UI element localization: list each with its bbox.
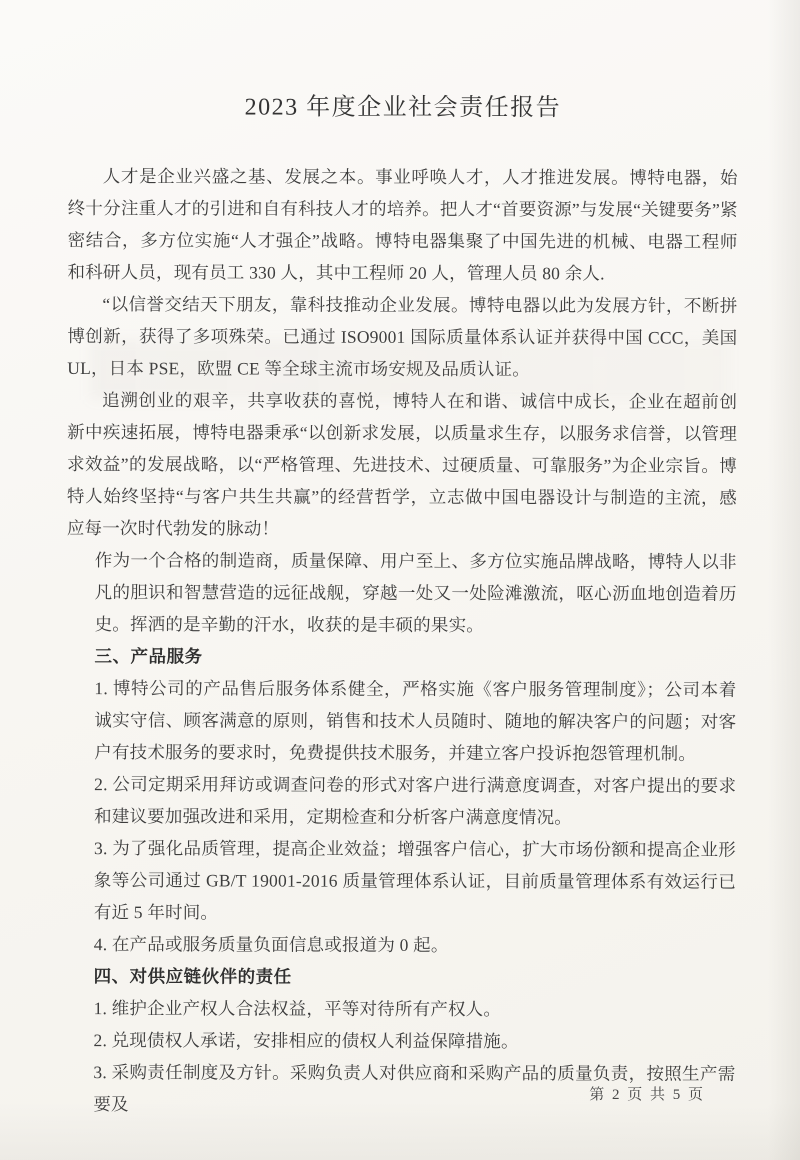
intro-paragraph-1: 人才是企业兴盛之基、发展之本。事业呼唤人才，人才推进发展。博特电器，始终十分注重… — [67, 160, 737, 290]
intro-paragraph-3: 追溯创业的艰辛，共享收获的喜悦，博特人在和谐、诚信中成长，企业在超前创新中疾速拓… — [67, 384, 737, 546]
list-item: 2. 兑现债权人承诺，安排相应的债权人利益保障措施。 — [93, 1024, 735, 1058]
list-item: 4. 在产品或服务质量负面信息或报道为 0 起。 — [94, 928, 736, 962]
list-item: 2. 公司定期采用拜访或调查问卷的形式对客户进行满意度调查，对客户提出的要求和建… — [94, 768, 736, 834]
document-title: 2023 年度企业社会责任报告 — [68, 90, 738, 126]
scanned-report-page: 2023 年度企业社会责任报告 人才是企业兴盛之基、发展之本。事业呼唤人才，人才… — [0, 0, 800, 1160]
intro-paragraph-2: “以信誉交结天下朋友，靠科技推动企业发展。博特电器以此为发展方针，不断拼博创新，… — [67, 288, 737, 386]
list-item: 1. 维护企业产权人合法权益，平等对待所有产权人。 — [94, 992, 736, 1026]
list-item: 1. 博特公司的产品售后服务体系健全，严格实施《客户服务管理制度》；公司本着诚实… — [94, 672, 736, 770]
section-heading-product-service: 三、产品服务 — [94, 640, 736, 674]
section-heading-supply-chain: 四、对供应链伙伴的责任 — [94, 960, 736, 994]
document-body: 2023 年度企业社会责任报告 人才是企业兴盛之基、发展之本。事业呼唤人才，人才… — [65, 90, 738, 1122]
list-item: 3. 为了强化品质管理，提高企业效益；增强客户信心，扩大市场份额和提高企业形象等… — [94, 832, 736, 930]
intro-paragraph-4: 作为一个合格的制造商，质量保障、用户至上、多方位实施品牌战略，博特人以非凡的胆识… — [95, 544, 737, 642]
page-footer: 第 2 页 共 5 页 — [589, 1084, 705, 1106]
